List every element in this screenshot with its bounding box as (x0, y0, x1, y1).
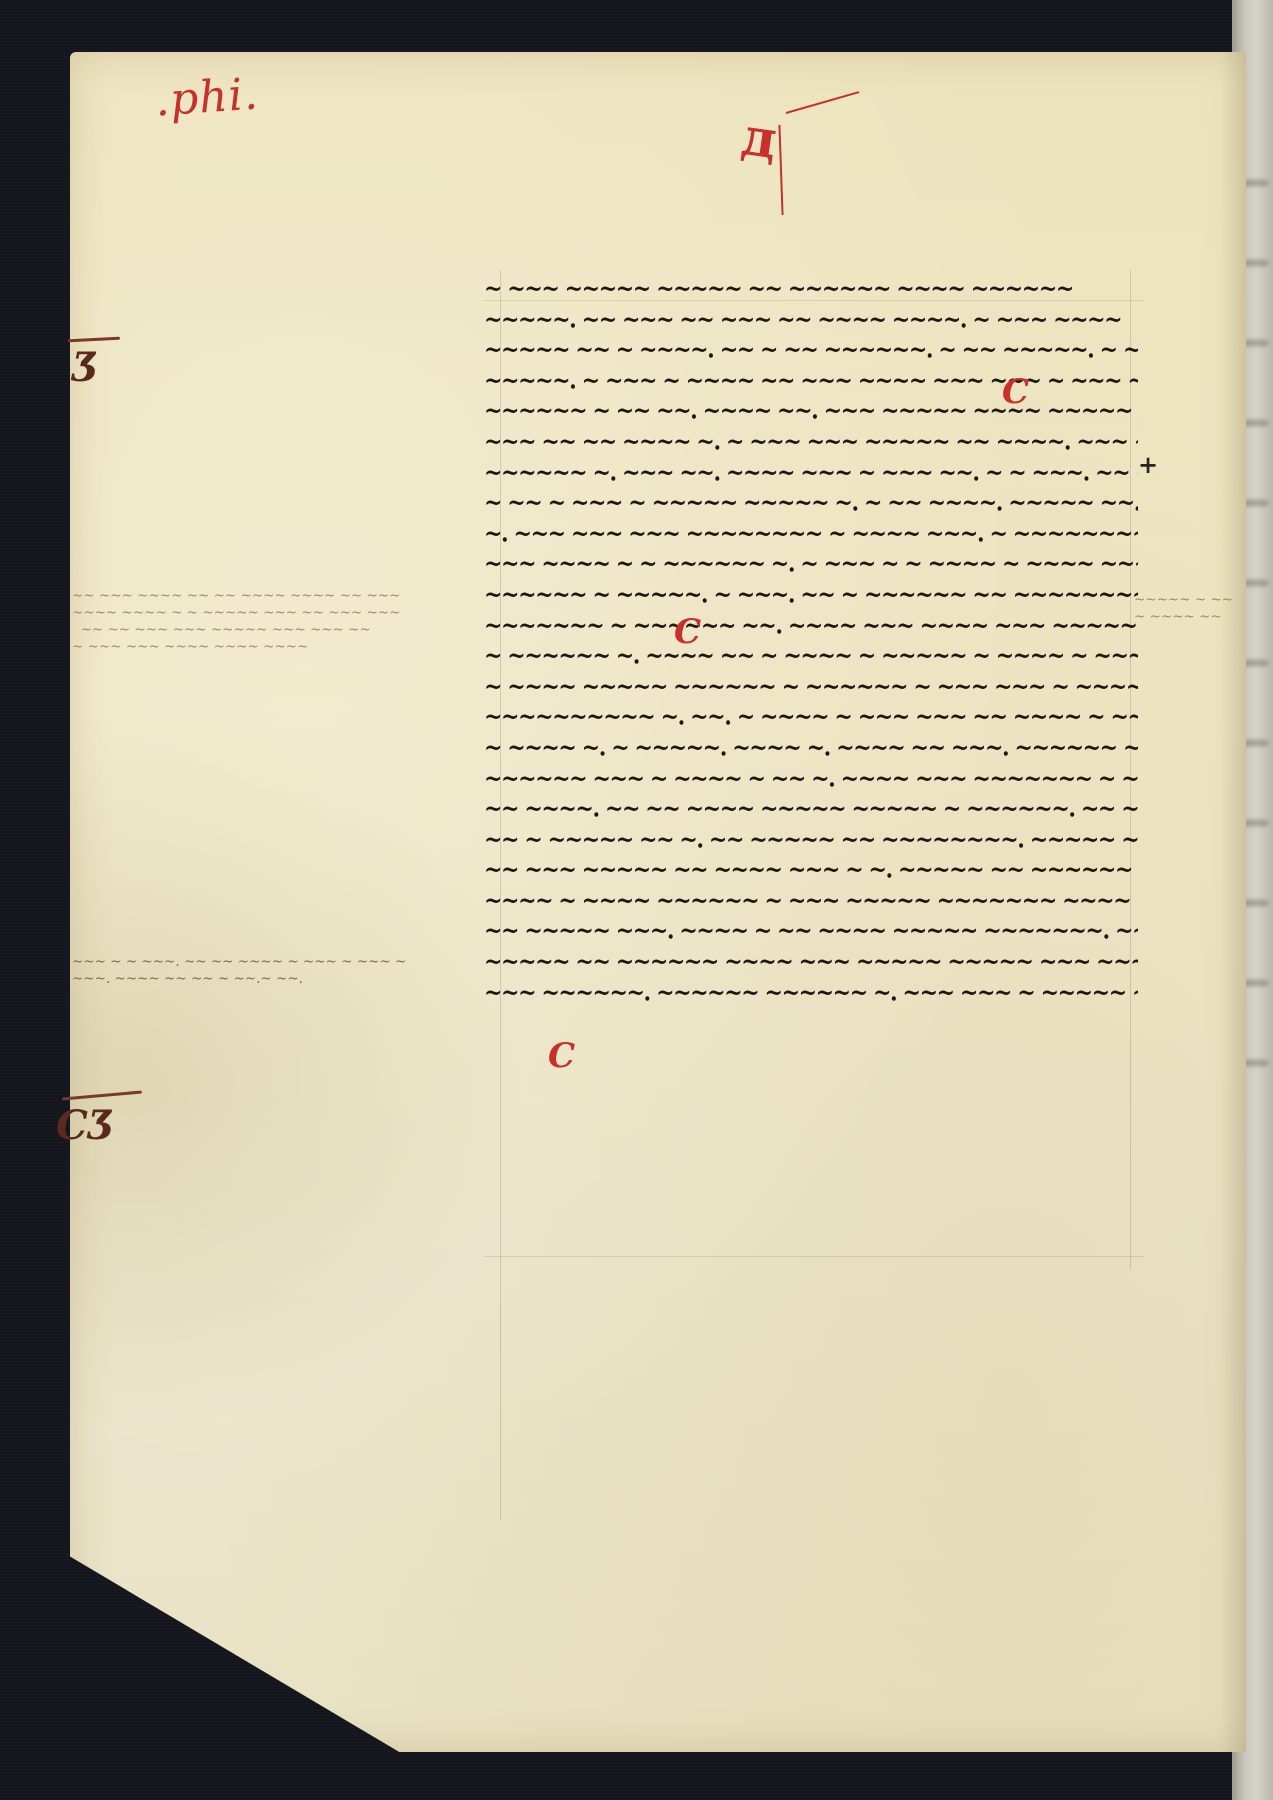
left-gloss-2: ~~~ ~ ~ ~~~. ~~ ~~ ~~~~ ~ ~~~ ~ ~~~ ~ ~~… (72, 954, 406, 988)
margin-numeral-bottom: CƷ (56, 1102, 114, 1149)
margin-numeral-top: Ʒ (72, 344, 98, 391)
text-line: ~~~~~~ ~~~ ~ ~~~~ ~ ~~ ~. ~~~~ ~~~ ~~~~~… (484, 762, 1138, 796)
text-line: ~ ~~~~~~ ~. ~~~~ ~~ ~ ~~~~ ~ ~~~~~ ~ ~~~… (484, 640, 1138, 674)
rubricated-initial: C (674, 612, 701, 652)
text-line: ~~~~~~ ~ ~~ ~~. ~~~~ ~~. ~~~ ~~~~~ ~~~~ … (484, 395, 1138, 429)
text-line: ~~ ~~~ ~~~~~ ~~ ~~~~ ~~~ ~ ~. ~~~~~ ~~ ~… (484, 854, 1138, 888)
text-line: ~~~ ~~ ~~ ~~~~ ~. ~ ~~~ ~~~ ~~~~~ ~~ ~~~… (484, 425, 1138, 459)
text-line: ~ ~~~ ~~~~~ ~~~~~ ~~ ~~~~~~ ~~~~ ~~~~~~ (484, 272, 1138, 306)
text-line: ~ ~~~~ ~. ~ ~~~~~. ~~~~ ~. ~~~~ ~~ ~~~. … (484, 731, 1138, 765)
main-text-block: ~ ~~~ ~~~~~ ~~~~~ ~~ ~~~~~~ ~~~~ ~~~~~~ … (484, 274, 1138, 1008)
text-line: ~ ~~ ~ ~~~ ~ ~~~~~ ~~~~~ ~. ~ ~~ ~~~~. ~… (484, 487, 1138, 521)
left-gloss-1: ~~ ~~~ ~~~~ ~~ ~~ ~~~~ ~~~~ ~~ ~~~ ~~~~ … (72, 588, 400, 656)
text-line: ~~~~~. ~~ ~~~ ~~ ~~~ ~~ ~~~~ ~~~~. ~ ~~~… (484, 303, 1138, 337)
rubricated-initial: C (548, 1036, 575, 1076)
text-line: ~~~~~ ~~ ~ ~~~~. ~~ ~ ~~ ~~~~~~. ~ ~~ ~~… (484, 334, 1138, 368)
text-line: ~~~~~ ~~ ~~~~~~ ~~~~ ~~~ ~~~~~ ~~~~~ ~~~… (484, 946, 1138, 980)
text-line: ~~~~~~ ~. ~~~ ~~. ~~~~ ~~~ ~ ~~~ ~~. ~ ~… (484, 456, 1138, 490)
text-line: ~~ ~~~~. ~~ ~~ ~~~~ ~~~~~ ~~~~~ ~ ~~~~~~… (484, 793, 1138, 827)
text-line: ~~~~ ~ ~~~~ ~~~~~~ ~ ~~~ ~~~~~ ~~~~~~~ ~… (484, 884, 1138, 918)
text-line: ~~~~~~~ ~ ~~~~~~ ~~. ~~~~ ~~~ ~~~~ ~~~ ~… (484, 609, 1138, 643)
text-line: ~. ~~~ ~~~ ~~~ ~~~~~~~~ ~ ~~~~ ~~~. ~ ~~… (484, 517, 1138, 551)
running-head: .phi. (153, 68, 260, 126)
text-line: ~~~ ~~~~ ~ ~ ~~~~~~ ~. ~ ~~~ ~ ~ ~~~~ ~ … (484, 548, 1138, 582)
text-line: ~~~~~~ ~ ~~~~~. ~ ~~~. ~~ ~ ~~~~~~ ~~ ~~… (484, 578, 1138, 612)
rubricated-initial: C (1002, 372, 1029, 412)
text-line: ~ ~~~~ ~~~~~ ~~~~~~ ~ ~~~~~~ ~ ~~~ ~~~ ~… (484, 670, 1138, 704)
text-line: ~~~~~. ~ ~~~ ~ ~~~~ ~~ ~~~ ~~~~ ~~~ ~~~ … (484, 364, 1138, 398)
text-line: ~~~~~~~~~~ ~. ~~. ~ ~~~~ ~ ~~~ ~~~ ~~ ~~… (484, 701, 1138, 735)
ruling-line-bottom (484, 1256, 1144, 1257)
right-gloss-1: ~~~~~ ~ ~~ ~ ~~~~ ~~ (1134, 592, 1233, 626)
text-line: ~~ ~ ~~~~~ ~~ ~. ~~ ~~~~~ ~~ ~~~~~~~~. ~… (484, 823, 1138, 857)
text-line: ~~~ ~~~~~~. ~~~~~~ ~~~~~~ ~. ~~~ ~~~ ~ ~… (484, 976, 1138, 1010)
text-line: ~~ ~~~~~ ~~~. ~~~~ ~ ~~ ~~~~ ~~~~~ ~~~~~… (484, 915, 1138, 949)
correction-mark: + (1138, 450, 1158, 479)
